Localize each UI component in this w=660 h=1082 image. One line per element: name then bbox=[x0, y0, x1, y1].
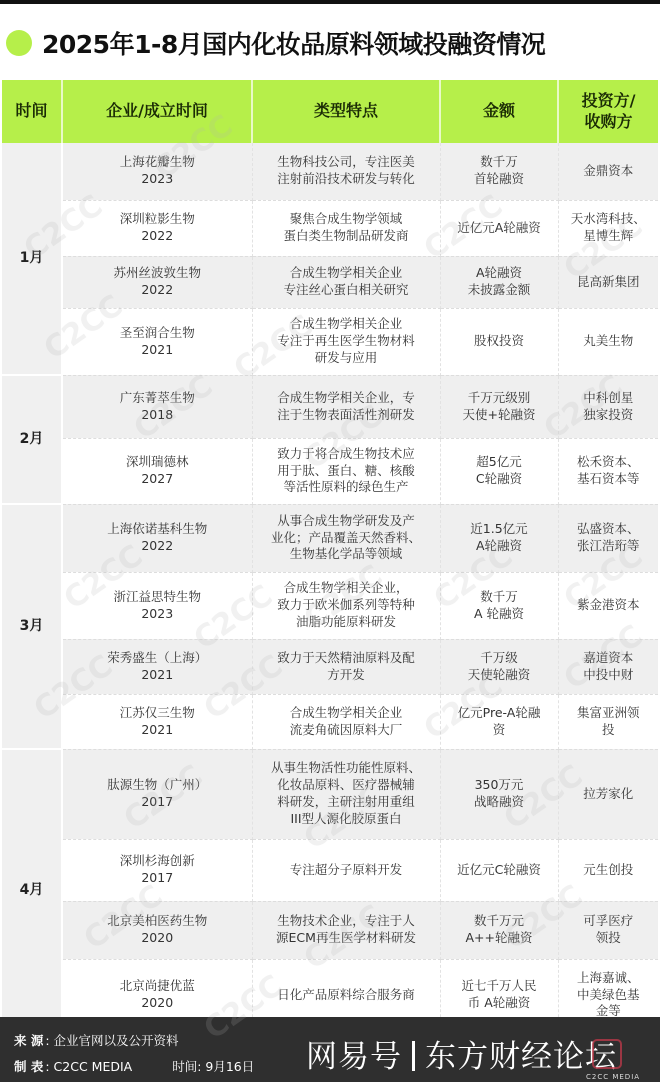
table-row: 江苏仅三生物2021合成生物学相关企业流麦角硫因原料大厂亿元Pre-A轮融资集富… bbox=[2, 694, 658, 749]
amount-line: A轮融资 bbox=[444, 265, 555, 282]
amount-line: 千万级 bbox=[444, 650, 555, 667]
amount-line: 数千万元 bbox=[444, 913, 555, 930]
amount-cell: 千万元级别天使+轮融资 bbox=[440, 375, 558, 438]
type-line: 致力于欧米伽系列等特种 bbox=[256, 597, 437, 614]
investor-line: 集富亚洲领 bbox=[562, 705, 656, 722]
founded-year: 2022 bbox=[66, 228, 249, 245]
type-cell: 致力于天然精油原料及配方开发 bbox=[252, 639, 440, 694]
table-row: 4月肽源生物（广州）2017从事生物活性功能性原料、化妆品原料、医疗器械辅料研发… bbox=[2, 749, 658, 839]
investor-cell: 嘉道资本中投中财 bbox=[558, 639, 658, 694]
company-cell: 荣秀盛生（上海）2021 bbox=[62, 639, 252, 694]
investor-cell: 元生创投 bbox=[558, 839, 658, 901]
amount-line: 天使+轮融资 bbox=[444, 407, 555, 424]
investor-line: 投 bbox=[562, 722, 656, 739]
company-cell: 苏州丝波敦生物2022 bbox=[62, 256, 252, 308]
investor-line: 天水湾科技、 bbox=[562, 211, 656, 228]
footer-maker: 制 表: C2CC MEDIA 时间: 9月16日 bbox=[14, 1057, 254, 1075]
type-line: 油脂功能原料研发 bbox=[256, 614, 437, 631]
company-name: 北京美柏医药生物 bbox=[66, 913, 249, 930]
amount-line: 近1.5亿元 bbox=[444, 521, 555, 538]
investor-line: 张江浩珩等 bbox=[562, 538, 656, 555]
investor-line: 元生创投 bbox=[562, 862, 656, 879]
investor-line: 紫金港资本 bbox=[562, 597, 656, 614]
investor-line: 嘉道资本 bbox=[562, 650, 656, 667]
amount-cell: 近亿元A轮融资 bbox=[440, 200, 558, 256]
type-cell: 致力于将合成生物技术应用于肽、蛋白、糖、核酸等活性原料的绿色生产 bbox=[252, 438, 440, 504]
company-name: 圣至润合生物 bbox=[66, 325, 249, 342]
investor-cell: 拉芳家化 bbox=[558, 749, 658, 839]
investor-line: 拉芳家化 bbox=[562, 786, 656, 803]
company-name: 北京尚捷优蓝 bbox=[66, 978, 249, 995]
table-header-row: 时间 企业/成立时间 类型特点 金额 投资方/ 收购方 bbox=[2, 80, 658, 143]
type-line: 注于生物表面活性剂研发 bbox=[256, 407, 437, 424]
amount-cell: 350万元战略融资 bbox=[440, 749, 558, 839]
company-cell: 圣至润合生物2021 bbox=[62, 308, 252, 375]
brand-separator bbox=[412, 1041, 415, 1071]
type-cell: 生物科技公司，专注医美注射前沿技术研发与转化 bbox=[252, 143, 440, 200]
amount-line: 数千万 bbox=[444, 589, 555, 606]
type-line: 合成生物学相关企业 bbox=[256, 316, 437, 333]
company-cell: 江苏仅三生物2021 bbox=[62, 694, 252, 749]
page-title-row: 2025年1-8月国内化妆品原料领域投融资情况 bbox=[0, 22, 660, 64]
header-type: 类型特点 bbox=[252, 80, 440, 143]
type-line: 从事生物活性功能性原料、 bbox=[256, 760, 437, 777]
amount-cell: 超5亿元C轮融资 bbox=[440, 438, 558, 504]
company-name: 上海花瓣生物 bbox=[66, 154, 249, 171]
amount-line: 近亿元A轮融资 bbox=[444, 220, 555, 237]
c2cc-logo-text: C2CC MEDIA bbox=[586, 1073, 640, 1081]
company-name: 肽源生物（广州） bbox=[66, 777, 249, 794]
company-name: 荣秀盛生（上海） bbox=[66, 650, 249, 667]
type-line: 致力于天然精油原料及配 bbox=[256, 650, 437, 667]
type-line: 生物基化学品等领域 bbox=[256, 546, 437, 563]
header-investor: 投资方/ 收购方 bbox=[558, 80, 658, 143]
type-line: 专注于再生医学生物材料 bbox=[256, 333, 437, 350]
amount-cell: A轮融资未披露金额 bbox=[440, 256, 558, 308]
type-line: 聚焦合成生物学领域 bbox=[256, 211, 437, 228]
investor-line: 中投中财 bbox=[562, 667, 656, 684]
amount-cell: 近亿元C轮融资 bbox=[440, 839, 558, 901]
footer-time: 时间: 9月16日 bbox=[172, 1059, 254, 1074]
amount-cell: 数千万首轮融资 bbox=[440, 143, 558, 200]
company-name: 深圳瑞德林 bbox=[66, 454, 249, 471]
month-cell: 3月 bbox=[2, 504, 62, 749]
type-cell: 聚焦合成生物学领域蛋白类生物制品研发商 bbox=[252, 200, 440, 256]
company-cell: 上海依诺基科生物2022 bbox=[62, 504, 252, 572]
company-name: 上海依诺基科生物 bbox=[66, 521, 249, 538]
founded-year: 2023 bbox=[66, 606, 249, 623]
company-cell: 上海花瓣生物2023 bbox=[62, 143, 252, 200]
founded-year: 2020 bbox=[66, 930, 249, 947]
amount-line: C轮融资 bbox=[444, 471, 555, 488]
founded-year: 2022 bbox=[66, 282, 249, 299]
founded-year: 2021 bbox=[66, 667, 249, 684]
founded-year: 2021 bbox=[66, 342, 249, 359]
footer-source: 来 源: 企业官网以及公开资料 bbox=[14, 1031, 179, 1049]
amount-cell: 数千万A 轮融资 bbox=[440, 572, 558, 639]
amount-line: 超5亿元 bbox=[444, 454, 555, 471]
type-cell: 合成生物学相关企业专注丝心蛋白相关研究 bbox=[252, 256, 440, 308]
type-line: 致力于将合成生物技术应 bbox=[256, 446, 437, 463]
table-row: 深圳杉海创新2017专注超分子原料开发近亿元C轮融资元生创投 bbox=[2, 839, 658, 901]
type-line: III型人源化胶原蛋白 bbox=[256, 811, 437, 828]
investor-line: 上海嘉诚、 bbox=[562, 970, 656, 987]
type-line: 合成生物学相关企业， bbox=[256, 580, 437, 597]
type-cell: 合成生物学相关企业流麦角硫因原料大厂 bbox=[252, 694, 440, 749]
financing-table-container: 时间 企业/成立时间 类型特点 金额 投资方/ 收购方 1月上海花瓣生物2023… bbox=[2, 80, 658, 1032]
financing-table: 时间 企业/成立时间 类型特点 金额 投资方/ 收购方 1月上海花瓣生物2023… bbox=[2, 80, 658, 1032]
investor-line: 星博生辉 bbox=[562, 228, 656, 245]
header-month: 时间 bbox=[2, 80, 62, 143]
amount-line: 战略融资 bbox=[444, 794, 555, 811]
table-row: 1月上海花瓣生物2023生物科技公司，专注医美注射前沿技术研发与转化数千万首轮融… bbox=[2, 143, 658, 200]
type-line: 化妆品原料、医疗器械辅 bbox=[256, 777, 437, 794]
table-row: 荣秀盛生（上海）2021致力于天然精油原料及配方开发千万级天使轮融资嘉道资本中投… bbox=[2, 639, 658, 694]
table-row: 圣至润合生物2021合成生物学相关企业专注于再生医学生物材料研发与应用股权投资丸… bbox=[2, 308, 658, 375]
investor-line: 领投 bbox=[562, 930, 656, 947]
amount-cell: 千万级天使轮融资 bbox=[440, 639, 558, 694]
table-row: 深圳瑞德林2027致力于将合成生物技术应用于肽、蛋白、糖、核酸等活性原料的绿色生… bbox=[2, 438, 658, 504]
brand-watermark: 网易号东方财经论坛 bbox=[306, 1031, 617, 1076]
company-cell: 深圳杉海创新2017 bbox=[62, 839, 252, 901]
page-title: 2025年1-8月国内化妆品原料领域投融资情况 bbox=[42, 25, 545, 61]
amount-line: 首轮融资 bbox=[444, 171, 555, 188]
company-name: 深圳粒影生物 bbox=[66, 211, 249, 228]
amount-line: A 轮融资 bbox=[444, 606, 555, 623]
amount-line: 资 bbox=[444, 722, 555, 739]
amount-line: 近七千万人民 bbox=[444, 978, 555, 995]
investor-line: 可孚医疗 bbox=[562, 913, 656, 930]
amount-line: 股权投资 bbox=[444, 333, 555, 350]
founded-year: 2017 bbox=[66, 794, 249, 811]
type-cell: 合成生物学相关企业，致力于欧米伽系列等特种油脂功能原料研发 bbox=[252, 572, 440, 639]
investor-cell: 紫金港资本 bbox=[558, 572, 658, 639]
footer: 来 源: 企业官网以及公开资料 制 表: C2CC MEDIA 时间: 9月16… bbox=[0, 1017, 660, 1082]
table-row: 3月上海依诺基科生物2022从事合成生物学研发及产业化；产品覆盖天然香料、生物基… bbox=[2, 504, 658, 572]
month-cell: 4月 bbox=[2, 749, 62, 1031]
amount-line: 千万元级别 bbox=[444, 390, 555, 407]
type-line: 料研发，主研注射用重组 bbox=[256, 794, 437, 811]
founded-year: 2027 bbox=[66, 471, 249, 488]
c2cc-logo-icon bbox=[592, 1039, 622, 1069]
type-line: 等活性原料的绿色生产 bbox=[256, 479, 437, 496]
type-line: 生物技术企业，专注于人 bbox=[256, 913, 437, 930]
table-row: 浙江益思特生物2023合成生物学相关企业，致力于欧米伽系列等特种油脂功能原料研发… bbox=[2, 572, 658, 639]
investor-line: 独家投资 bbox=[562, 407, 656, 424]
type-line: 业化；产品覆盖天然香料、 bbox=[256, 530, 437, 547]
founded-year: 2020 bbox=[66, 995, 249, 1012]
type-cell: 从事合成生物学研发及产业化；产品覆盖天然香料、生物基化学品等领域 bbox=[252, 504, 440, 572]
company-cell: 肽源生物（广州）2017 bbox=[62, 749, 252, 839]
top-border bbox=[0, 0, 660, 4]
company-name: 江苏仅三生物 bbox=[66, 705, 249, 722]
month-cell: 1月 bbox=[2, 143, 62, 375]
company-name: 苏州丝波敦生物 bbox=[66, 265, 249, 282]
amount-line: 未披露金额 bbox=[444, 282, 555, 299]
investor-cell: 丸美生物 bbox=[558, 308, 658, 375]
table-row: 2月广东菁萃生物2018合成生物学相关企业，专注于生物表面活性剂研发千万元级别天… bbox=[2, 375, 658, 438]
bullet-dot-icon bbox=[6, 30, 32, 56]
type-line: 从事合成生物学研发及产 bbox=[256, 513, 437, 530]
founded-year: 2018 bbox=[66, 407, 249, 424]
company-cell: 深圳瑞德林2027 bbox=[62, 438, 252, 504]
type-cell: 合成生物学相关企业，专注于生物表面活性剂研发 bbox=[252, 375, 440, 438]
company-name: 深圳杉海创新 bbox=[66, 853, 249, 870]
amount-line: A++轮融资 bbox=[444, 930, 555, 947]
table-body: 1月上海花瓣生物2023生物科技公司，专注医美注射前沿技术研发与转化数千万首轮融… bbox=[2, 143, 658, 1031]
company-cell: 广东菁萃生物2018 bbox=[62, 375, 252, 438]
type-cell: 生物技术企业，专注于人源ECM再生医学材料研发 bbox=[252, 901, 440, 959]
investor-cell: 天水湾科技、星博生辉 bbox=[558, 200, 658, 256]
founded-year: 2021 bbox=[66, 722, 249, 739]
investor-cell: 昆高新集团 bbox=[558, 256, 658, 308]
investor-line: 松禾资本、 bbox=[562, 454, 656, 471]
table-row: 苏州丝波敦生物2022合成生物学相关企业专注丝心蛋白相关研究A轮融资未披露金额昆… bbox=[2, 256, 658, 308]
company-name: 广东菁萃生物 bbox=[66, 390, 249, 407]
type-line: 用于肽、蛋白、糖、核酸 bbox=[256, 463, 437, 480]
header-amount: 金额 bbox=[440, 80, 558, 143]
type-line: 源ECM再生医学材料研发 bbox=[256, 930, 437, 947]
type-cell: 从事生物活性功能性原料、化妆品原料、医疗器械辅料研发，主研注射用重组III型人源… bbox=[252, 749, 440, 839]
amount-line: 近亿元C轮融资 bbox=[444, 862, 555, 879]
month-cell: 2月 bbox=[2, 375, 62, 504]
investor-cell: 中科创星独家投资 bbox=[558, 375, 658, 438]
company-name: 浙江益思特生物 bbox=[66, 589, 249, 606]
founded-year: 2023 bbox=[66, 171, 249, 188]
type-line: 研发与应用 bbox=[256, 350, 437, 367]
amount-cell: 数千万元A++轮融资 bbox=[440, 901, 558, 959]
investor-cell: 弘盛资本、张江浩珩等 bbox=[558, 504, 658, 572]
type-line: 合成生物学相关企业 bbox=[256, 705, 437, 722]
table-row: 北京美柏医药生物2020生物技术企业，专注于人源ECM再生医学材料研发数千万元A… bbox=[2, 901, 658, 959]
investor-cell: 集富亚洲领投 bbox=[558, 694, 658, 749]
type-line: 流麦角硫因原料大厂 bbox=[256, 722, 437, 739]
founded-year: 2017 bbox=[66, 870, 249, 887]
amount-line: 天使轮融资 bbox=[444, 667, 555, 684]
type-line: 专注超分子原料开发 bbox=[256, 862, 437, 879]
type-line: 生物科技公司，专注医美 bbox=[256, 154, 437, 171]
investor-line: 基石资本等 bbox=[562, 471, 656, 488]
type-line: 合成生物学相关企业，专 bbox=[256, 390, 437, 407]
amount-line: 数千万 bbox=[444, 154, 555, 171]
company-cell: 深圳粒影生物2022 bbox=[62, 200, 252, 256]
investor-line: 金鼎资本 bbox=[562, 163, 656, 180]
investor-line: 昆高新集团 bbox=[562, 274, 656, 291]
amount-line: 币 A轮融资 bbox=[444, 995, 555, 1012]
amount-line: A轮融资 bbox=[444, 538, 555, 555]
amount-line: 亿元Pre-A轮融 bbox=[444, 705, 555, 722]
table-row: 深圳粒影生物2022聚焦合成生物学领域蛋白类生物制品研发商近亿元A轮融资天水湾科… bbox=[2, 200, 658, 256]
type-line: 注射前沿技术研发与转化 bbox=[256, 171, 437, 188]
header-company: 企业/成立时间 bbox=[62, 80, 252, 143]
type-cell: 合成生物学相关企业专注于再生医学生物材料研发与应用 bbox=[252, 308, 440, 375]
type-cell: 专注超分子原料开发 bbox=[252, 839, 440, 901]
investor-cell: 金鼎资本 bbox=[558, 143, 658, 200]
investor-line: 弘盛资本、 bbox=[562, 521, 656, 538]
amount-line: 350万元 bbox=[444, 777, 555, 794]
company-cell: 浙江益思特生物2023 bbox=[62, 572, 252, 639]
founded-year: 2022 bbox=[66, 538, 249, 555]
type-line: 蛋白类生物制品研发商 bbox=[256, 228, 437, 245]
investor-cell: 可孚医疗领投 bbox=[558, 901, 658, 959]
type-line: 合成生物学相关企业 bbox=[256, 265, 437, 282]
company-cell: 北京美柏医药生物2020 bbox=[62, 901, 252, 959]
investor-line: 丸美生物 bbox=[562, 333, 656, 350]
type-line: 方开发 bbox=[256, 667, 437, 684]
type-line: 日化产品原料综合服务商 bbox=[256, 987, 437, 1004]
amount-cell: 近1.5亿元A轮融资 bbox=[440, 504, 558, 572]
investor-line: 中科创星 bbox=[562, 390, 656, 407]
amount-cell: 股权投资 bbox=[440, 308, 558, 375]
amount-cell: 亿元Pre-A轮融资 bbox=[440, 694, 558, 749]
investor-cell: 松禾资本、基石资本等 bbox=[558, 438, 658, 504]
type-line: 专注丝心蛋白相关研究 bbox=[256, 282, 437, 299]
investor-line: 中美绿色基 bbox=[562, 987, 656, 1004]
